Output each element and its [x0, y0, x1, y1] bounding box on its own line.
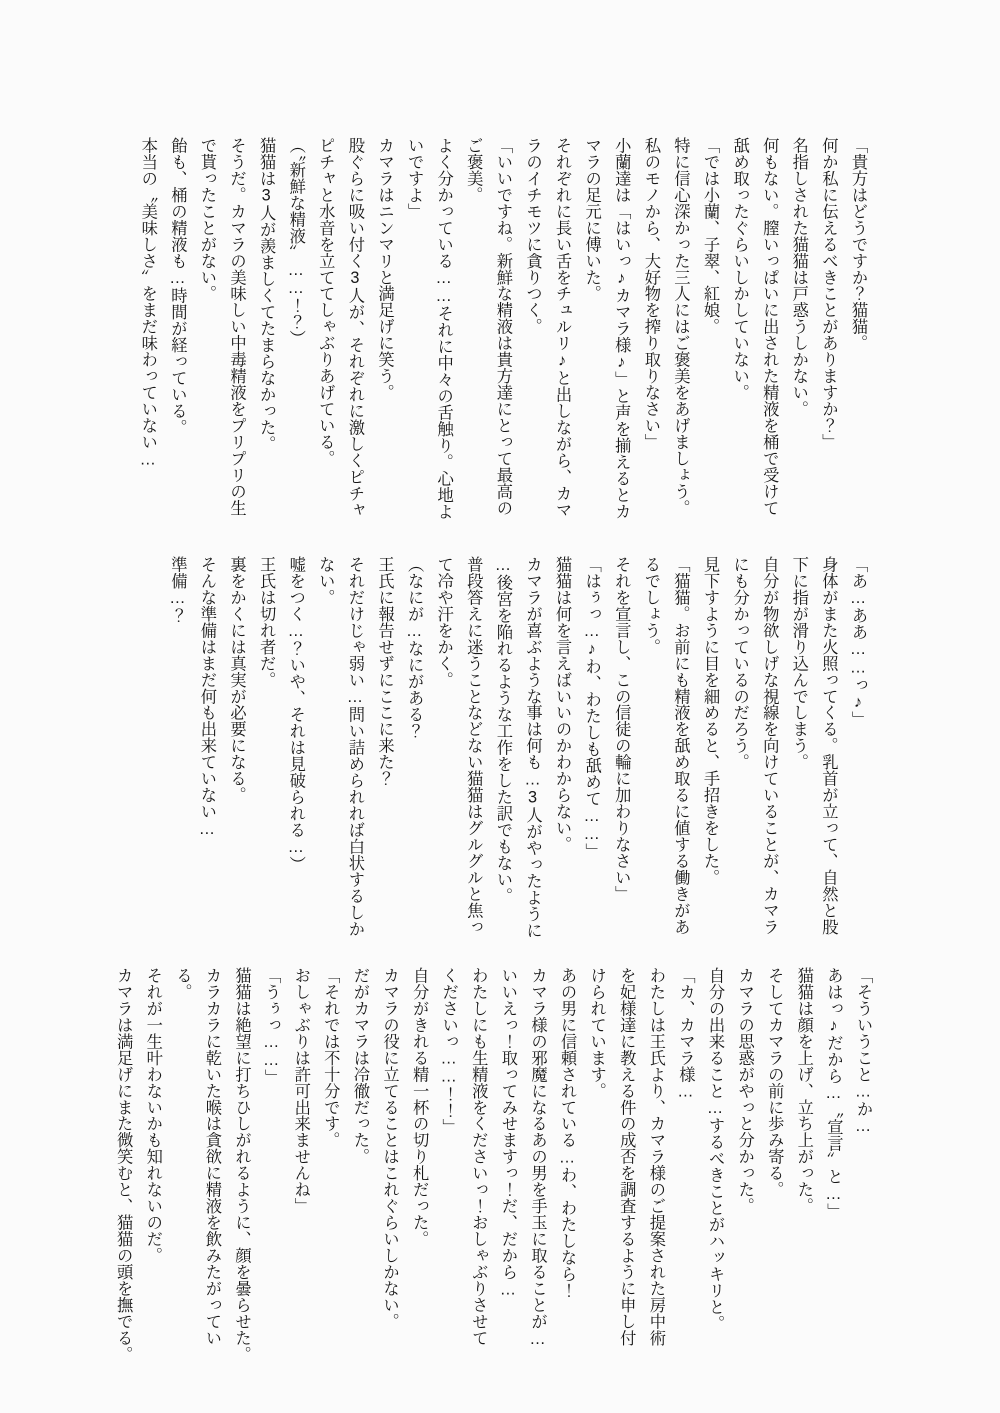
- text-line: 「猫猫。お前にも精液を舐め取るに値する働きがあ: [665, 556, 695, 996]
- text-line: いいえっ！取ってみせますっ！だ、だから…: [492, 967, 522, 1407]
- text-line: あの男に信頼されている…わ、わたしなら！: [551, 967, 581, 1407]
- text-line: そしてカマラの前に歩み寄る。: [759, 967, 789, 1407]
- text-line: 小蘭達は「はいっ♪カマラ様♪」と声を揃えるとカ: [606, 137, 636, 577]
- text-line: 嘘をつく…？いや、それは見破られる…）: [280, 556, 310, 996]
- text-line: 「それでは不十分です。: [315, 967, 345, 1407]
- text-line: 王氏に報告せずにここに来た？: [369, 556, 399, 996]
- text-line: よく分かっている……それに中々の舌触り。心地よ: [428, 137, 458, 577]
- text-line: ラのイチモツに貪りつく。: [517, 137, 547, 577]
- text-line: 何か私に伝えるべきことがありますか？」: [813, 137, 843, 577]
- text-line: 「あ…ああ……っ♪」: [842, 556, 872, 996]
- text-block-middle: 「あ…ああ……っ♪」身体がまた火照ってくる。乳首が立って、自然と股下に指が滑り込…: [162, 556, 872, 996]
- text-line: 「そういうこと…か…: [847, 967, 877, 1407]
- text-line: 準備…？: [162, 556, 192, 996]
- text-line: 「はぅっ…♪わ、わたしも舐めて……」: [576, 556, 606, 996]
- text-line: カマラの役に立てることはこれぐらいしかない。: [374, 967, 404, 1407]
- text-line: 「貴方はどうですか？猫猫。: [842, 137, 872, 577]
- text-line: 猫猫は何を言えばいいのかわからない。: [546, 556, 576, 996]
- text-line: 名指しされた猫猫は戸惑うしかない。: [783, 137, 813, 577]
- text-line: ご褒美。: [458, 137, 488, 577]
- text-line: 猫猫は顔を上げ、立ち上がった。: [788, 967, 818, 1407]
- text-line: そんな準備はまだ何も出来ていない…: [191, 556, 221, 996]
- text-line: …後宮を陥れるような工作をした訳でもない。: [487, 556, 517, 996]
- text-line: 自分の出来ること…するべきことがハッキリと。: [699, 967, 729, 1407]
- text-line: 特に信心深かった三人にはご褒美をあげましょう。: [665, 137, 695, 577]
- text-line: （〝新鮮な精液〟……！？）: [280, 137, 310, 577]
- text-line: 自分が物欲しげな視線を向けていることが、カマラ: [754, 556, 784, 996]
- text-line: ない。: [310, 556, 340, 996]
- page-background: 「貴方はどうですか？猫猫。何か私に伝えるべきことがありますか？」名指しされた猫猫…: [0, 0, 1000, 1413]
- text-line: 普段答えに迷うことなどない猫猫はグルグルと焦っ: [458, 556, 488, 996]
- text-line: 見下すように目を細めると、手招きをした。: [694, 556, 724, 996]
- text-line: 「では小蘭、子翠、紅娘。: [694, 137, 724, 577]
- text-line: る。: [167, 967, 197, 1407]
- text-line: おしゃぶりは許可出来ませんね」: [285, 967, 315, 1407]
- text-line: いですよ」: [399, 137, 429, 577]
- text-line: 「いいですね。新鮮な精液は貴方達にとって最高の: [487, 137, 517, 577]
- text-line: て冷や汗をかく。: [428, 556, 458, 996]
- text-line: 私のモノから、大好物を搾り取りなさい」: [635, 137, 665, 577]
- text-line: 裏をかくには真実が必要になる。: [221, 556, 251, 996]
- text-line: けられています。: [581, 967, 611, 1407]
- text-line: 「うぅっ……」: [256, 967, 286, 1407]
- text-line: カマラ様の邪魔になるあの男を手玉に取ることが…: [522, 967, 552, 1407]
- text-line: カマラはニンマリと満足げに笑う。: [369, 137, 399, 577]
- text-line: 猫猫は3人が羨ましくてたまらなかった。: [251, 137, 281, 577]
- text-line: 何もない。膣いっぱいに出された精液を桶で受けて: [754, 137, 784, 577]
- text-line: あはっ♪だから…〝宣言〟と…」: [818, 967, 848, 1407]
- text-line: 飴も、桶の精液も…時間が経っている。: [162, 137, 192, 577]
- text-line: わたしにも生精液をくださいっ！おしゃぶりさせて: [463, 967, 493, 1407]
- text-line: を妃様達に教える件の成否を調査するように申し付: [611, 967, 641, 1407]
- text-line: それだけじゃ弱い…問い詰められれば白状するしか: [339, 556, 369, 996]
- text-line: カマラが喜ぶような事は何も…3人がやったように: [517, 556, 547, 996]
- text-line: 身体がまた火照ってくる。乳首が立って、自然と股: [813, 556, 843, 996]
- text-line: それが一生叶わないかも知れないのだ。: [137, 967, 167, 1407]
- text-line: カラカラに乾いた喉は貪欲に精液を飲みたがってい: [196, 967, 226, 1407]
- text-line: 猫猫は絶望に打ちひしがれるように、顔を曇らせた。: [226, 967, 256, 1407]
- text-line: で貰ったことがない。: [191, 137, 221, 577]
- scanned-novel-page: { "page": { "background_color": "#fbfbfb…: [0, 0, 1000, 1413]
- text-line: るでしょう。: [635, 556, 665, 996]
- text-line: （なにが…なにがある？: [399, 556, 429, 996]
- text-line: カマラの思惑がやっと分かった。: [729, 967, 759, 1407]
- text-line: 自分がきれる精一杯の切り札だった。: [404, 967, 434, 1407]
- text-line: マラの足元に傅いた。: [576, 137, 606, 577]
- text-line: ピチャと水音を立ててしゃぶりあげている。: [310, 137, 340, 577]
- text-line: それを宣言し、この信徒の輪に加わりなさい」: [606, 556, 636, 996]
- text-line: 舐め取ったぐらいしかしていない。: [724, 137, 754, 577]
- text-line: だがカマラは冷徹だった。: [344, 967, 374, 1407]
- text-line: そうだ。カマラの美味しい中毒精液をプリプリの生: [221, 137, 251, 577]
- text-line: 下に指が滑り込んでしまう。: [783, 556, 813, 996]
- text-line: 本当の〝美味しさ〟をまだ味わっていない…: [132, 137, 162, 577]
- text-line: わたしは王氏より、カマラ様のご提案された房中術: [640, 967, 670, 1407]
- text-line: 王氏は切れ者だ。: [251, 556, 281, 996]
- text-block-top: 「貴方はどうですか？猫猫。何か私に伝えるべきことがありますか？」名指しされた猫猫…: [132, 137, 872, 577]
- text-line: にも分かっているのだろう。: [724, 556, 754, 996]
- text-line: カマラは満足げにまた微笑むと、猫猫の頭を撫でる。: [108, 967, 138, 1407]
- text-line: それぞれに長い舌をチュルリ♪と出しながら、カマ: [546, 137, 576, 577]
- text-line: 股ぐらに吸い付く3人が、それぞれに激しくピチャ: [339, 137, 369, 577]
- text-block-bottom: 「そういうこと…か…あはっ♪だから…〝宣言〟と…」猫猫は顔を上げ、立ち上がった。…: [108, 967, 877, 1407]
- text-line: 「カ、カマラ様…: [670, 967, 700, 1407]
- text-line: くださいっ……！！」: [433, 967, 463, 1407]
